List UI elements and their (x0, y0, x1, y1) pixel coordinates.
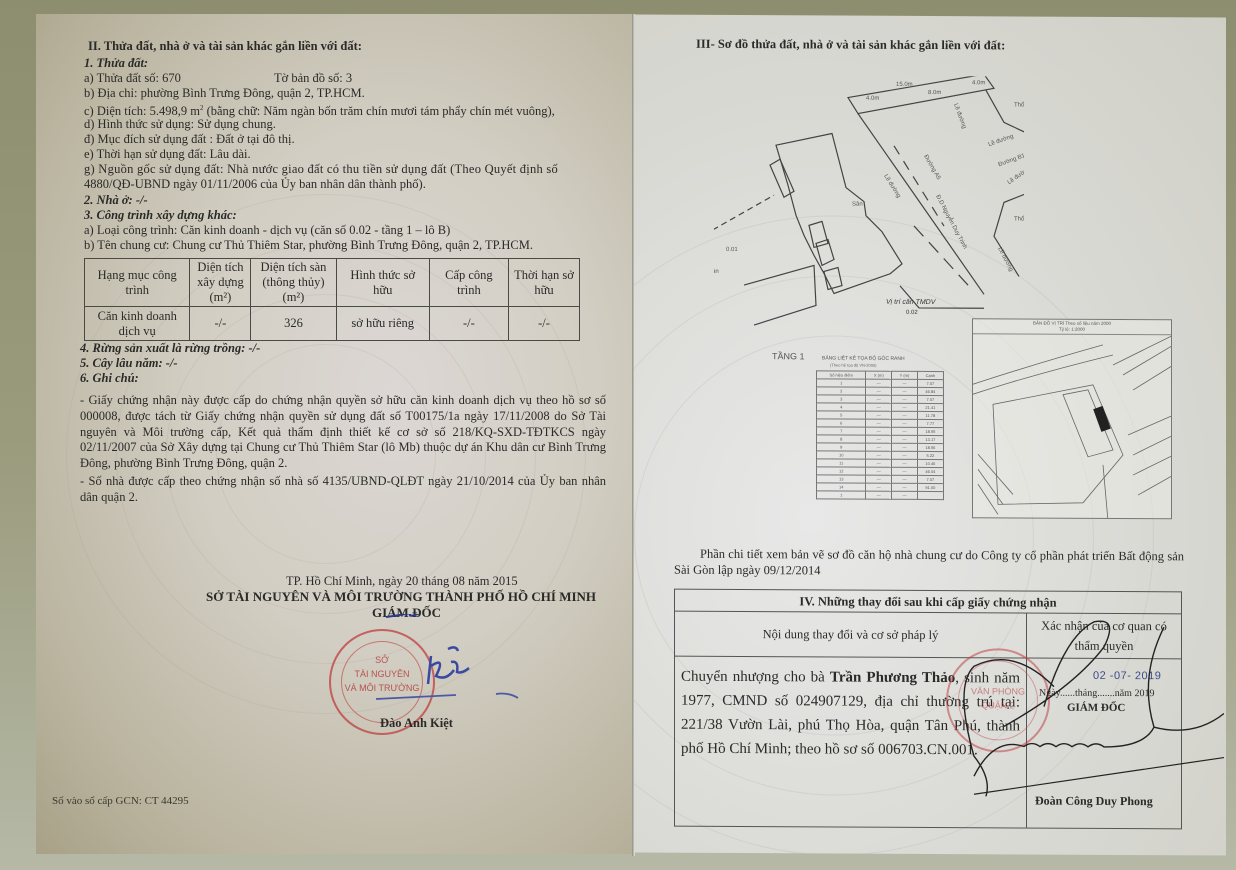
header-cell: Hình thức sở hữu (336, 259, 429, 307)
table-row: Căn kinh doanh dịch vụ -/- 326 sở hữu ri… (85, 307, 580, 341)
signer-name-right: Đoàn Công Duy Phong (1035, 794, 1153, 810)
coord-cell: 5.22 (917, 451, 943, 459)
residential-label: Thổ cư (1014, 101, 1024, 108)
table-cell: -/- (190, 307, 251, 341)
coord-cell: 18.55 (917, 427, 943, 435)
official-stamp-right: VĂN PHÒNG QUẬN 2 (946, 648, 1050, 753)
coord-cell: 7.07 (917, 395, 943, 403)
notes-heading: 6. Ghi chú: (80, 371, 139, 387)
parcel-label: a) Thửa đất số: (84, 71, 159, 85)
coord-cell: 1 (817, 491, 866, 499)
coord-cell: — (866, 379, 892, 387)
stamp-line: QUẬN 2 (948, 698, 1048, 713)
section-ii-title: II. Thửa đất, nhà ở và tài sản khác gắn … (88, 39, 362, 55)
coord-table-title: BẢNG LIỆT KÊ TỌA ĐỘ GÓC RANH (822, 355, 905, 361)
house-heading: 2. Nhà ở: -/- (84, 193, 148, 209)
changes-confirm-header: Xác nhận của cơ quan có thẩm quyền (1027, 614, 1181, 660)
coord-cell: 4 (817, 403, 866, 411)
land-address: b) Địa chỉ: phường Bình Trưng Đông, quận… (84, 86, 365, 102)
coord-cell: — (892, 395, 918, 403)
road-edge-label: Lề đường (1007, 166, 1024, 186)
certificate-left-page: II. Thửa đất, nhà ở và tài sản khác gắn … (36, 14, 632, 854)
coord-cell: — (866, 459, 892, 467)
stamp-line: TÀI NGUYÊN (331, 667, 433, 681)
usage-form: d) Hình thức sử dụng: Sử dụng chung. (84, 117, 276, 133)
coord-cell: 12 (817, 467, 866, 475)
coord-cell: — (866, 483, 892, 491)
map-sheet-value: 3 (346, 71, 352, 85)
road-label-nguyen-duy-trinh: Đ.D Nguyễn Duy Trinh (934, 194, 968, 250)
table-cell: 326 (251, 307, 336, 341)
coord-header: Số hiệu điểm (817, 371, 866, 379)
coord-cell: — (866, 411, 892, 419)
coord-cell: — (892, 419, 918, 427)
coord-cell: 13 (817, 475, 866, 483)
coord-cell: 7.07 (917, 379, 943, 387)
coord-table-subtitle: (Theo hệ tọa độ VN-2000) (830, 362, 876, 367)
coord-cell: — (892, 443, 918, 451)
change-entry-text: Chuyển nhượng cho bà (681, 669, 830, 686)
road-label-a5: Đường A5 (922, 154, 941, 182)
coord-cell: — (892, 379, 918, 387)
coord-cell: — (892, 483, 918, 491)
construction-table-header: Hạng mục công trình Diện tíchxây dựng(m²… (85, 259, 580, 307)
confirmation-date-line: Ngày......tháng.......năm 2019 (1039, 688, 1154, 700)
coord-cell: 2 (817, 387, 866, 395)
header-cell: Thời hạn sở hữu (508, 259, 579, 307)
residential-label: Thổ cư (1014, 215, 1024, 222)
header-cell: Hạng mục công trình (85, 259, 190, 307)
coord-cell: — (892, 427, 918, 435)
coord-cell: 8 (817, 435, 866, 443)
sign-place-date: TP. Hồ Chí Minh, ngày 20 tháng 08 năm 20… (286, 574, 518, 590)
table-cell: -/- (508, 307, 579, 341)
work-type: a) Loại công trình: Căn kinh doanh - dịc… (84, 223, 450, 239)
coord-cell: — (892, 467, 918, 475)
coord-cell: — (892, 435, 918, 443)
changes-table: IV. Những thay đổi sau khi cấp giấy chứn… (674, 589, 1182, 830)
coord-cell: — (866, 475, 892, 483)
dim-label: 15.0m (896, 82, 913, 88)
stamp-line: VĂN PHÒNG (948, 684, 1048, 699)
coord-header: X (m) (866, 371, 892, 379)
coord-cell: 7 (817, 427, 866, 435)
changes-content-header: Nội dung thay đổi và cơ sở pháp lý (675, 612, 1026, 659)
table-cell: Căn kinh doanh dịch vụ (85, 307, 190, 341)
table-cell: sở hữu riêng (336, 307, 429, 341)
road-edge-label: Lề đường (996, 246, 1014, 272)
construction-table: Hạng mục công trình Diện tíchxây dựng(m²… (84, 258, 580, 341)
road-edge-label: Lề đường (988, 134, 1015, 149)
coord-cell: — (866, 427, 892, 435)
coord-cell: 3 (817, 395, 866, 403)
unit-label: 0.01 (726, 247, 738, 253)
table-cell: -/- (429, 307, 508, 341)
land-heading: 1. Thửa đất: (84, 56, 148, 72)
changes-title: IV. Những thay đổi sau khi cấp giấy chứn… (675, 590, 1181, 615)
coord-cell: — (866, 395, 892, 403)
dim-label: 4.0m (866, 96, 879, 102)
coord-cell: — (866, 451, 892, 459)
coord-header: Y (m) (892, 371, 918, 379)
dim-label: 8.0m (928, 90, 941, 96)
coord-cell: — (892, 387, 918, 395)
coord-cell: — (866, 403, 892, 411)
coord-cell: 6 (817, 419, 866, 427)
coord-cell: 11.78 (917, 411, 943, 419)
coord-cell (917, 491, 943, 499)
signer-name-left: Đào Anh Kiệt (380, 716, 453, 732)
header-cell: Cấp công trình (429, 259, 508, 307)
unit-number-label: 0.02 (906, 310, 918, 316)
unit-location-label: Vị trí căn TMDV (886, 299, 937, 306)
map-sheet-number: Tờ bản đồ số: 3 (274, 71, 352, 87)
coord-cell: — (866, 491, 892, 499)
floor-label: TẦNG 1 (772, 349, 805, 365)
parcel-number: a) Thửa đất số: 670 (84, 71, 181, 87)
usage-origin-line2: 4880/QĐ-UBND ngày 01/11/2006 của Ủy ban … (84, 177, 426, 193)
registry-number: Số vào sổ cấp GCN: CT 44295 (52, 794, 189, 810)
other-works-heading: 3. Công trình xây dựng khác: (84, 208, 237, 224)
coord-cell: 14 (817, 483, 866, 491)
coord-cell: — (866, 467, 892, 475)
director-title: GIÁM ĐỐC (372, 605, 441, 621)
road-label-b1: Đường B1 (998, 153, 1024, 168)
dim-label: 4.0m (972, 80, 985, 86)
coord-cell: — (892, 403, 918, 411)
changes-confirm-column: Xác nhận của cơ quan có thẩm quyền 02 -0… (1027, 614, 1181, 829)
coord-cell: 7.07 (917, 475, 943, 483)
coord-table-row: 1—— (817, 491, 944, 500)
usage-purpose: đ) Mục đích sử dụng đất : Đất ở tại đô t… (84, 132, 295, 148)
stamp-line: VÀ MÔI TRƯỜNG (331, 681, 433, 695)
transferee-name: Trần Phương Thảo (830, 669, 955, 686)
certificate-right-page: III- Sơ đồ thửa đất, nhà ở và tài sản kh… (634, 14, 1226, 855)
issuing-authority: SỞ TÀI NGUYÊN VÀ MÔI TRƯỜNG THÀNH PHỐ HỒ… (206, 589, 596, 605)
coord-cell: — (892, 475, 918, 483)
coord-cell: 46.04 (917, 467, 943, 475)
coord-cell: 1 (817, 379, 866, 387)
map-sheet-label: Tờ bản đồ số: (274, 71, 343, 85)
yard-label: Sân (714, 269, 719, 275)
coord-cell: — (866, 419, 892, 427)
coord-cell: 9 (817, 443, 866, 451)
coord-cell: — (892, 459, 918, 467)
site-diagram: 15.0m 8.0m 4.0m 4.0m Lề đường Đường A5 L… (714, 75, 1024, 357)
stamp-line: SỞ (331, 653, 433, 667)
header-cell: Diện tíchxây dựng(m²) (190, 259, 251, 307)
coord-cell: — (892, 411, 918, 419)
coord-cell: 7.77 (917, 419, 943, 427)
header-cell: Diện tích sàn(thông thủy)(m²) (251, 259, 336, 307)
coord-cell: 11 (817, 459, 866, 467)
parcel-value: 670 (162, 71, 181, 85)
coord-cell: 91.00 (917, 483, 943, 491)
coord-header: Cạnh (917, 371, 943, 379)
note-2: - Số nhà được cấp theo chứng nhận số nhà… (80, 474, 606, 506)
coord-cell: 5 (817, 411, 866, 419)
usage-term: e) Thời hạn sử dụng đất: Lâu dài. (84, 147, 251, 163)
road-edge-label: Lề đường (952, 103, 967, 130)
coord-cell: — (866, 435, 892, 443)
coord-cell: 21.41 (917, 403, 943, 411)
forest-heading: 4. Rừng sản xuất là rừng trồng: -/- (80, 341, 260, 357)
location-map-drawing (973, 334, 1172, 519)
confirmation-title: GIÁM ĐỐC (1067, 702, 1125, 714)
coord-cell: 10 (817, 451, 866, 459)
coord-cell: 18.56 (917, 443, 943, 451)
coord-cell: 10.46 (917, 459, 943, 467)
coordinate-table: Số hiệu điểm X (m) Y (m) Cạnh 1——7.072——… (816, 370, 944, 500)
coord-cell: 13.17 (917, 435, 943, 443)
coord-cell: — (866, 443, 892, 451)
coord-cell: — (866, 387, 892, 395)
coord-cell: — (892, 451, 918, 459)
yard-label: Sân (852, 202, 863, 208)
road-edge-label: Lề đường (882, 174, 901, 200)
confirmation-date-stamp: 02 -07- 2019 (1093, 670, 1161, 682)
location-map-scale: Tỷ lệ: 1:2000 (973, 326, 1171, 333)
note-1: - Giấy chứng nhận này được cấp do chứng … (80, 393, 606, 472)
detail-note: Phần chi tiết xem bản vẽ sơ đồ căn hộ nh… (674, 547, 1184, 581)
usage-origin-line1: g) Nguồn gốc sử dụng đất: Nhà nước giao … (84, 162, 558, 178)
coord-cell: — (892, 491, 918, 499)
coord-cell: 46.84 (917, 387, 943, 395)
section-iii-title: III- Sơ đồ thửa đất, nhà ở và tài sản kh… (696, 37, 1005, 54)
perennial-heading: 5. Cây lâu năm: -/- (80, 356, 178, 372)
location-map: BẢN ĐỒ VỊ TRÍ Theo số liệu năm 2000 Tỷ l… (972, 318, 1172, 519)
building-name: b) Tên chung cư: Chung cư Thủ Thiêm Star… (84, 238, 533, 254)
